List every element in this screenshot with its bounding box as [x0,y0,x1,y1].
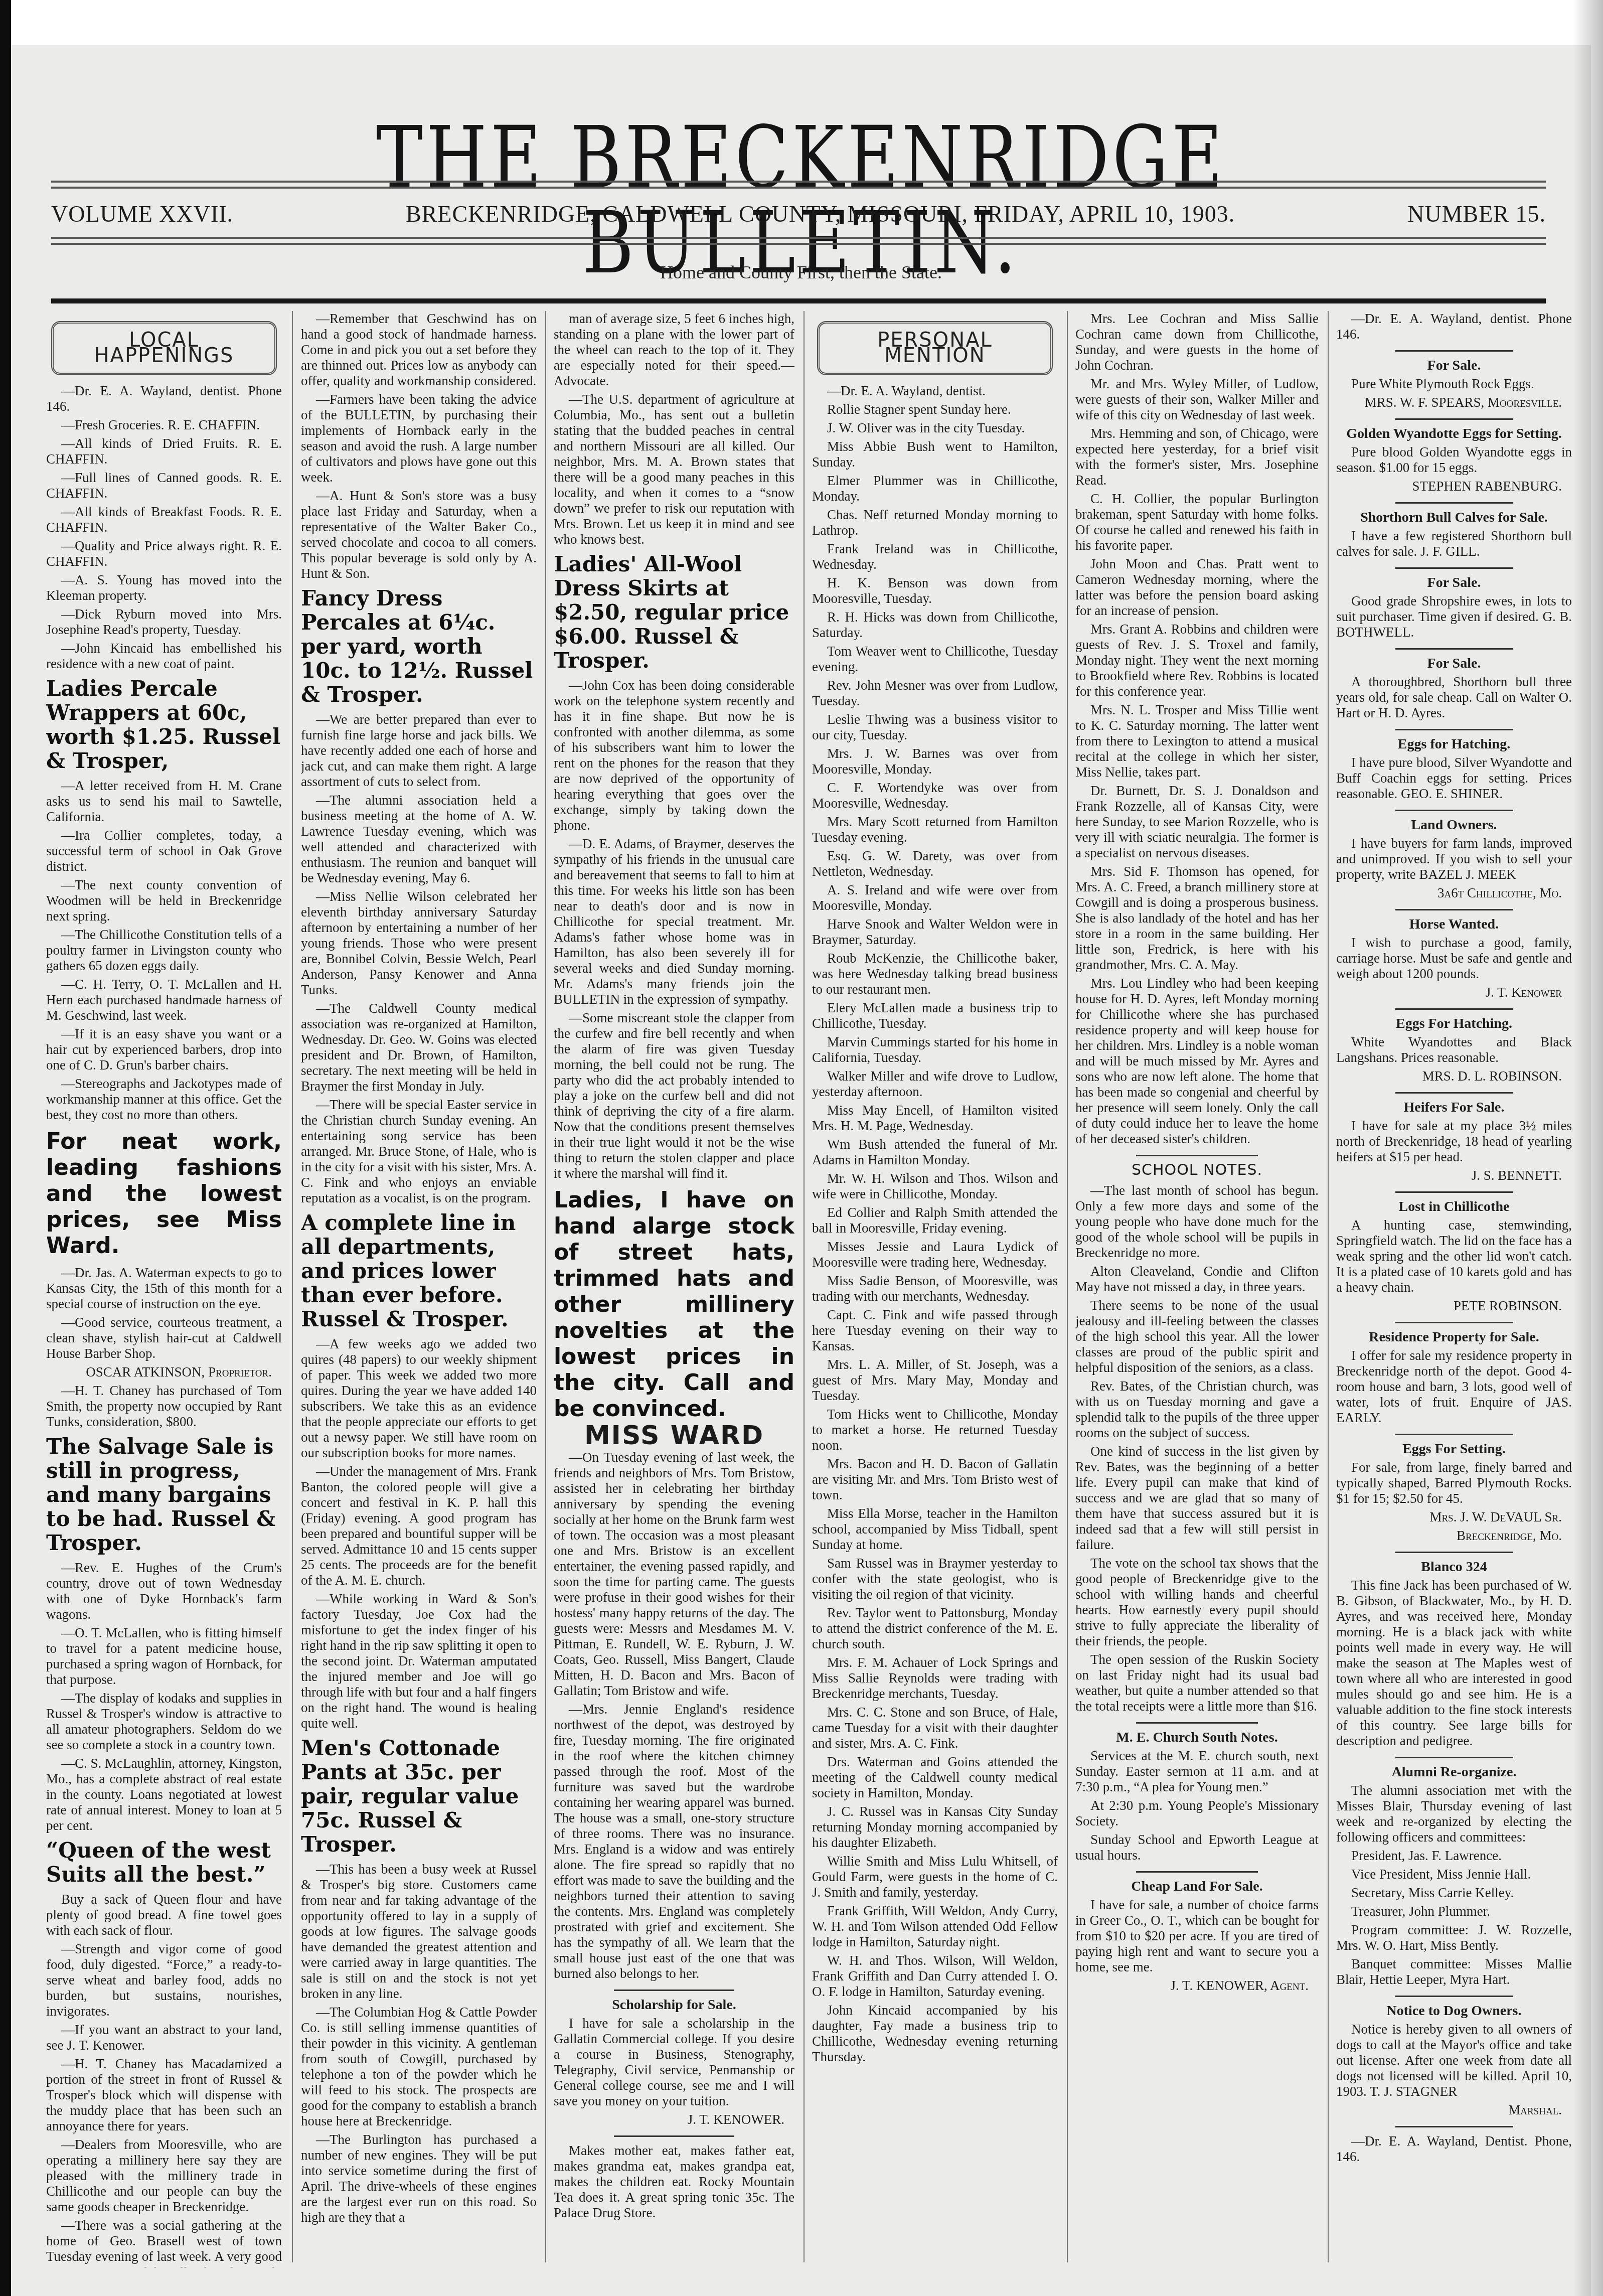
divider [1395,1996,1513,1997]
paragraph: I have pure blood, Silver Wyandotte and … [1336,755,1572,802]
divider [1395,1434,1513,1435]
paragraph: Wm Bush attended the funeral of Mr. Adam… [812,1137,1058,1168]
paragraph: A hunting case, stemwinding, Springfield… [1336,1217,1572,1295]
paragraph: C. H. Collier, the popular Burlington br… [1075,491,1319,553]
paragraph: Mr. W. H. Wilson and Thos. Wilson and wi… [812,1171,1058,1202]
item-heading: Eggs For Setting. [1336,1441,1572,1457]
paragraph: —Good service, courteous treatment, a cl… [46,1315,282,1361]
paragraph: I have for sale at my place 3½ miles nor… [1336,1118,1572,1165]
section-heading: SCHOOL NOTES. [1075,1162,1319,1178]
issue-number: NUMBER 15. [1407,201,1546,227]
paragraph: —On Tuesday evening of last week, the fr… [554,1450,794,1699]
item-heading: Alumni Re-organize. [1336,1764,1572,1780]
divider [1136,1155,1258,1156]
paragraph: —The last month of school has begun. Onl… [1075,1183,1319,1261]
column-3: man of average size, 5 feet 6 inches hig… [554,311,794,2267]
paragraph: —All kinds of Dried Fruits. R. E. CHAFFI… [46,436,282,467]
divider [1395,1191,1513,1193]
paragraph: Miss Abbie Bush went to Hamilton, Sunday… [812,439,1058,470]
ad-signature: MISS WARD [554,1428,794,1444]
paragraph: A thoroughbred, Shorthorn bull three yea… [1336,674,1572,721]
paragraph: I wish to purchase a good, family, carri… [1336,935,1572,982]
paragraph: —Rev. E. Hughes of the Crum's country, d… [46,1560,282,1622]
divider [1395,1008,1513,1010]
divider [1395,729,1513,730]
divider [1395,1092,1513,1094]
divider [1395,909,1513,910]
item-heading: Eggs For Hatching. [1336,1016,1572,1031]
scan-edge [0,0,11,2296]
paragraph: —Dr. E. A. Wayland, dentist. Phone 146. [46,383,282,414]
paragraph: H. K. Benson was down from Mooresville, … [812,575,1058,606]
signature: STEPHEN RABENBURG. [1336,479,1562,494]
paragraph: —John Kincaid has embellished his reside… [46,641,282,672]
paragraph: C. F. Wortendyke was over from Mooresvil… [812,780,1058,811]
paragraph: Willie Smith and Miss Lulu Whitsell, of … [812,1854,1058,1900]
item-heading: Land Owners. [1336,817,1572,833]
paragraph: Marvin Cummings started for his home in … [812,1034,1058,1065]
paragraph: —C. H. Terry, O. T. McLallen and H. Hern… [46,977,282,1023]
paragraph: —C. S. McLaughlin, attorney, Kingston, M… [46,1756,282,1833]
divider [1395,2126,1513,2127]
divider [1395,1552,1513,1553]
paragraph: Mrs. F. M. Achauer of Lock Springs and M… [812,1655,1058,1702]
item-heading: For Sale. [1336,358,1572,373]
paragraph: Walker Miller and wife drove to Ludlow, … [812,1068,1058,1100]
paragraph: —Dr. E. A. Wayland, dentist. Phone 146. [1336,311,1572,342]
paragraph: Sunday School and Epworth League at usua… [1075,1832,1319,1863]
divider [1395,648,1513,650]
paragraph: Harve Snook and Walter Weldon were in Br… [812,916,1058,948]
paragraph: Mrs. J. W. Barnes was over from Mooresvi… [812,746,1058,777]
display-ad: Fancy Dress Percales at 6¼c. per yard, w… [301,586,537,707]
paragraph: Leslie Thwing was a business visitor to … [812,712,1058,743]
paragraph: There seems to be none of the usual jeal… [1075,1298,1319,1375]
paragraph: Mrs. Mary Scott returned from Hamilton T… [812,814,1058,845]
paragraph: Mrs. C. C. Stone and son Bruce, of Hale,… [812,1705,1058,1751]
paragraph: Rev. Bates, of the Christian church, was… [1075,1379,1319,1441]
paragraph: Mrs. Lee Cochran and Miss Sallie Cochran… [1075,311,1319,373]
column-divider [804,311,805,2262]
item-heading: Notice to Dog Owners. [1336,2003,1572,2019]
paragraph: John Moon and Chas. Pratt went to Camero… [1075,556,1319,619]
paragraph: J. C. Russel was in Kansas City Sunday r… [812,1804,1058,1851]
paragraph: Notice is hereby given to all owners of … [1336,2022,1572,2099]
paragraph: Mrs. Sid F. Thomson has opened, for Mrs.… [1075,864,1319,973]
item-heading: Cheap Land For Sale. [1075,1879,1319,1894]
paragraph: —The next county convention of Woodmen w… [46,877,282,924]
paragraph: Pure White Plymouth Rock Eggs. [1336,376,1572,392]
column-divider [545,311,546,2262]
list-line: Vice President, Miss Jennie Hall. [1336,1867,1572,1882]
column-local-happenings: LOCAL HAPPENINGS—Dr. E. A. Wayland, dent… [46,311,282,2267]
volume-number: VOLUME XXVII. [51,201,233,227]
divider [614,2135,734,2137]
display-ad: Ladies' All-Wool Dress Skirts at $2.50, … [554,552,794,673]
paragraph: —A letter received from H. M. Crane asks… [46,778,282,825]
paragraph: Good grade Shropshire ewes, in lots to s… [1336,593,1572,640]
paragraph: Mrs. L. A. Miller, of St. Joseph, was a … [812,1357,1058,1404]
paragraph: Chas. Neff returned Monday morning to La… [812,507,1058,538]
paragraph: Elmer Plummer was in Chillicothe, Monday… [812,473,1058,504]
paragraph: —John Cox has been doing considerable wo… [554,678,794,833]
item-heading: Scholarship for Sale. [554,1997,794,2013]
columns: LOCAL HAPPENINGS—Dr. E. A. Wayland, dent… [46,311,1596,2267]
paragraph: —Quality and Price always right. R. E. C… [46,538,282,569]
paragraph: —A few weeks ago we added two quires (48… [301,1336,537,1461]
paragraph: W. H. and Thos. Wilson, Will Weldon, Fra… [812,1953,1058,2000]
paragraph: Buy a sack of Queen flour and have plent… [46,1892,282,1938]
paragraph: —The Burlington has purchased a number o… [301,2132,537,2225]
item-heading: Shorthorn Bull Calves for Sale. [1336,510,1572,525]
paragraph: White Wyandottes and Black Langshans. Pr… [1336,1034,1572,1065]
paragraph: Mrs. Hemming and son, of Chicago, were e… [1075,426,1319,488]
paragraph: —This has been a busy week at Russel & T… [301,1862,537,2002]
column-personal-mention: PERSONAL MENTION—Dr. E. A. Wayland, dent… [812,311,1058,2267]
paragraph: At 2:30 p.m. Young People's Missionary S… [1075,1798,1319,1829]
paragraph: Frank Griffith, Will Weldon, Andy Curry,… [812,1903,1058,1950]
paragraph: man of average size, 5 feet 6 inches hig… [554,311,794,389]
item-heading: For Sale. [1336,575,1572,590]
paragraph: Tom Weaver went to Chillicothe, Tuesday … [812,644,1058,675]
paragraph: I offer for sale my residence property i… [1336,1348,1572,1426]
list-line: President, Jas. F. Lawrence. [1336,1848,1572,1864]
paragraph: —The Columbian Hog & Cattle Powder Co. i… [301,2005,537,2129]
masthead: THE BRECKENRIDGE BULLETIN. VOLUME XXVII.… [11,45,1591,301]
signature: Mrs. J. W. DeVAUL Sr. [1336,1509,1562,1525]
paragraph: Esq. G. W. Darety, was over from Nettlet… [812,848,1058,879]
paragraph: —Dr. E. A. Wayland, dentist. [812,383,1058,399]
column-divider [292,311,293,2262]
paragraph: —A. S. Young has moved into the Kleeman … [46,572,282,603]
section-heading: LOCAL HAPPENINGS [51,321,277,375]
paragraph: Drs. Waterman and Goins attended the mee… [812,1754,1058,1801]
paragraph: Mrs. Grant A. Robbins and children were … [1075,622,1319,699]
paragraph: Alton Cleaveland, Condie and Clifton May… [1075,1264,1319,1295]
paragraph: I have for sale, a number of choice farm… [1075,1897,1319,1975]
paragraph: I have a few registered Shorthorn bull c… [1336,528,1572,559]
signature: J. T. KENOWER, Agent. [1075,1978,1309,1994]
paragraph: A. S. Ireland and wife were over from Mo… [812,882,1058,913]
paragraph: Elery McLallen made a business trip to C… [812,1000,1058,1031]
paragraph: This fine Jack has been purchased of W. … [1336,1578,1572,1749]
display-ad: Men's Cottonade Pants at 35c. per pair, … [301,1736,537,1857]
paragraph: —H. T. Chaney has Macadamized a portion … [46,2056,282,2134]
paragraph: Mrs. Lou Lindley who had been keeping ho… [1075,976,1319,1147]
divider [1136,1722,1258,1724]
item-heading: Heifers For Sale. [1336,1100,1572,1115]
paragraph: —Miss Nellie Wilson celebrated her eleve… [301,889,537,998]
paragraph: —The alumni association held a business … [301,793,537,886]
folio-rule-bottom [51,237,1546,245]
paragraph: —Mrs. Jennie England's residence northwe… [554,1702,794,1981]
item-heading: Golden Wyandotte Eggs for Setting. [1336,426,1572,441]
divider [1395,567,1513,569]
signature: MRS. D. L. ROBINSON. [1336,1068,1562,1084]
paragraph: Miss May Encell, of Hamilton visited Mrs… [812,1103,1058,1134]
paragraph: Capt. C. Fink and wife passed through he… [812,1307,1058,1354]
signature: PETE ROBINSON. [1336,1298,1562,1314]
paragraph: Makes mother eat, makes father eat, make… [554,2143,794,2221]
paragraph: Frank Ireland was in Chillicothe, Wednes… [812,541,1058,572]
divider [1395,418,1513,420]
paragraph: —O. T. McLallen, who is fitting himself … [46,1625,282,1688]
dateline: BRECKENRIDGE, CALDWELL COUNTY, MISSOURI,… [406,201,1235,227]
item-heading: For Sale. [1336,656,1572,671]
paragraph: Sam Russel was in Braymer yesterday to c… [812,1556,1058,1602]
paragraph: For sale, from large, finely barred and … [1336,1460,1572,1506]
paragraph: The open session of the Ruskin Society o… [1075,1652,1319,1714]
display-ad: Ladies, I have on hand alarge stock of s… [554,1187,794,1422]
paragraph: —Ira Collier completes, today, a success… [46,828,282,874]
paragraph: —The display of kodaks and supplies in R… [46,1691,282,1753]
paragraph: I have for sale a scholarship in the Gal… [554,2016,794,2109]
paragraph: —Fresh Groceries. R. E. CHAFFIN. [46,417,282,433]
paragraph: —If you want an abstract to your land, s… [46,2022,282,2053]
paragraph: Miss Ella Morse, teacher in the Hamilton… [812,1506,1058,1553]
paragraph: —Under the management of Mrs. Frank Bant… [301,1464,537,1588]
display-ad: A complete line in all departments, and … [301,1211,537,1331]
signature: OSCAR ATKINSON, Proprietor. [46,1364,272,1380]
paragraph: I have buyers for farm lands, improved a… [1336,836,1572,882]
divider [1395,810,1513,811]
list-line: Program committee: J. W. Rozzelle, Mrs. … [1336,1922,1572,1953]
item-heading: Horse Wanted. [1336,916,1572,932]
paragraph: Ed Collier and Ralph Smith attended the … [812,1205,1058,1236]
column-divider [1328,311,1329,2262]
display-ad: Ladies Percale Wrappers at 60c, worth $1… [46,677,282,773]
paragraph: —Dick Ryburn moved into Mrs. Josephine R… [46,606,282,638]
list-line: Secretary, Miss Carrie Kelley. [1336,1885,1572,1901]
item-heading: Eggs for Hatching. [1336,736,1572,752]
list-line: Treasurer, John Plummer. [1336,1904,1572,1919]
divider [1395,350,1513,352]
paragraph: Mr. and Mrs. Wyley Miller, of Ludlow, we… [1075,376,1319,423]
signature: MRS. W. F. SPEARS, Mooresville. [1336,395,1562,410]
paragraph: —We are better prepared than ever to fur… [301,712,537,790]
paragraph: Services at the M. E. church south, next… [1075,1748,1319,1795]
divider [1395,502,1513,504]
signature: 3a6t Chillicothe, Mo. [1336,885,1562,901]
paragraph: —Dr. E. A. Wayland, Dentist. Phone, 146. [1336,2133,1572,2165]
signature: J. S. BENNETT. [1336,1168,1562,1183]
section-heading: PERSONAL MENTION [817,321,1053,375]
divider [1395,1322,1513,1323]
paragraph: Roub McKenzie, the Chillicothe baker, wa… [812,951,1058,997]
paragraph: The vote on the school tax shows that th… [1075,1556,1319,1649]
paragraph: —A. Hunt & Son's store was a busy place … [301,488,537,581]
display-ad: For neat work, leading fashions and the … [46,1129,282,1259]
paragraph: Rev. John Mesner was over from Ludlow, T… [812,678,1058,709]
paragraph: —If it is an easy shave you want or a ha… [46,1026,282,1073]
signature: J. T. Kenower [1336,985,1562,1000]
column-5: Mrs. Lee Cochran and Miss Sallie Cochran… [1075,311,1319,2267]
divider [614,1989,734,1991]
paragraph: —Dr. Jas. A. Waterman expects to go to K… [46,1265,282,1312]
paragraph: —Some miscreant stole the clapper from t… [554,1010,794,1181]
paragraph: —The U.S. department of agriculture at C… [554,392,794,547]
paragraph: Misses Jessie and Laura Lydick of Moores… [812,1239,1058,1270]
paragraph: Pure blood Golden Wyandotte eggs in seas… [1336,444,1572,476]
motto: Home and County First, then the State. [11,262,1591,283]
list-line: Banquet committee: Misses Mallie Blair, … [1336,1956,1572,1987]
paragraph: Miss Sadie Benson, of Mooresville, was t… [812,1273,1058,1304]
paragraph: —Remember that Geschwind has on hand a g… [301,311,537,389]
signature: Breckenridge, Mo. [1336,1528,1562,1544]
paragraph: —D. E. Adams, of Braymer, deserves the s… [554,836,794,1007]
paragraph: Tom Hicks went to Chillicothe, Monday to… [812,1407,1058,1453]
paragraph: —The Caldwell County medical association… [301,1001,537,1094]
paragraph: Mrs. Bacon and H. D. Bacon of Gallatin a… [812,1456,1058,1503]
paragraph: —The Chillicothe Constitution tells of a… [46,927,282,974]
paragraph: R. H. Hicks was down from Chillicothe, S… [812,609,1058,641]
paragraph: Dr. Burnett, Dr. S. J. Donaldson and Fra… [1075,783,1319,861]
paragraph: —H. T. Chaney has purchased of Tom Smith… [46,1383,282,1430]
paragraph: —There will be special Easter service in… [301,1097,537,1206]
paragraph: —Strength and vigor come of good food, d… [46,1941,282,2019]
paragraph: Mrs. N. L. Trosper and Miss Tillie went … [1075,702,1319,780]
divider [1395,1757,1513,1758]
display-ad: The Salvage Sale is still in progress, a… [46,1435,282,1555]
paragraph: John Kincaid accompanied by his daughter… [812,2003,1058,2065]
display-ad: “Queen of the west Suits all the best.” [46,1839,282,1887]
item-heading: M. E. Church South Notes. [1075,1730,1319,1745]
column-divider [1067,311,1068,2262]
signature: Marshal. [1336,2102,1562,2118]
paragraph: Rollie Stagner spent Sunday here. [812,402,1058,417]
divider [1136,1871,1258,1873]
column-classifieds: —Dr. E. A. Wayland, dentist. Phone 146.F… [1336,311,1572,2267]
page-shadow [1573,0,1603,2296]
paragraph: —Dealers from Mooresville, who are opera… [46,2137,282,2215]
paragraph: —Stereographs and Jackotypes made of wor… [46,1076,282,1123]
folio-rule-top [51,181,1546,189]
column-2: —Remember that Geschwind has on hand a g… [301,311,537,2267]
paragraph: —Full lines of Canned goods. R. E. CHAFF… [46,470,282,501]
paragraph: One kind of success in the list given by… [1075,1444,1319,1553]
paragraph: Rev. Taylor went to Pattonsburg, Monday … [812,1605,1058,1652]
newspaper-page: THE BRECKENRIDGE BULLETIN. VOLUME XXVII.… [11,45,1591,2296]
item-heading: Residence Property for Sale. [1336,1329,1572,1345]
column-top-rule [51,298,1546,303]
item-heading: Lost in Chillicothe [1336,1199,1572,1214]
paragraph: —All kinds of Breakfast Foods. R. E. CHA… [46,504,282,535]
paragraph: J. W. Oliver was in the city Tuesday. [812,420,1058,436]
paragraph: The alumni association met with the Miss… [1336,1783,1572,1845]
item-heading: Blanco 324 [1336,1559,1572,1575]
paragraph: —There was a social gathering at the hom… [46,2218,282,2267]
paragraph: —While working in Ward & Son's factory T… [301,1591,537,1731]
folio-line: VOLUME XXVII. BRECKENRIDGE, CALDWELL COU… [51,201,1546,227]
signature: J. T. KENOWER. [554,2112,784,2127]
paragraph: —Farmers have been taking the advice of … [301,392,537,485]
